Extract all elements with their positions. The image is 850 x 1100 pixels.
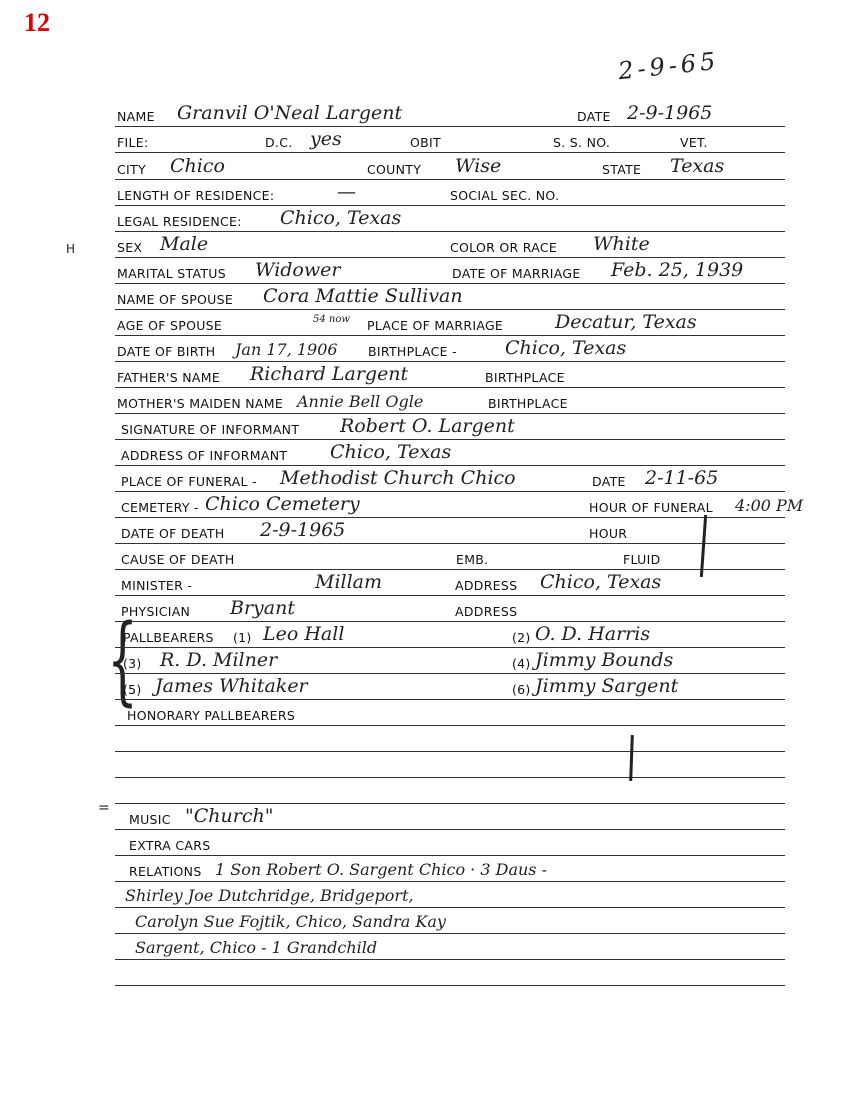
- age-of-spouse-value: 54 now: [313, 314, 350, 325]
- dc-label: D.C.: [265, 135, 293, 150]
- obit-label: OBIT: [410, 135, 441, 150]
- row-relations: RELATIONS 1 Son Robert O. Sargent Chico …: [115, 859, 785, 882]
- row-pallbearers-1-2: PALLBEARERS (1) Leo Hall (2) O. D. Harri…: [115, 625, 785, 648]
- row-fathers-name: FATHER'S NAME Richard Largent BIRTHPLACE: [115, 365, 785, 388]
- top-date-note: 2-9-65: [617, 47, 721, 85]
- pallbearer-2-name: O. D. Harris: [535, 623, 650, 645]
- hour-of-funeral-value: 4:00 PM: [735, 496, 803, 515]
- pallbearer-1-num: (1): [233, 630, 252, 645]
- marital-status-value: Widower: [255, 259, 340, 281]
- row-honorary-pallbearers: HONORARY PALLBEARERS: [115, 703, 785, 726]
- hour-of-funeral-label: HOUR OF FUNERAL: [589, 500, 713, 515]
- row-sex: SEX Male COLOR OR RACE White: [115, 235, 785, 258]
- minister-address-label: ADDRESS: [455, 578, 517, 593]
- cause-of-death-label: CAUSE OF DEATH: [121, 552, 235, 567]
- row-file: FILE: D.C. yes OBIT S. S. NO. VET.: [115, 130, 785, 153]
- birthplace-value: Chico, Texas: [505, 337, 626, 359]
- row-relations-4: Sargent, Chico - 1 Grandchild: [115, 937, 785, 960]
- state-label: STATE: [602, 162, 641, 177]
- honorary-pallbearers-label: HONORARY PALLBEARERS: [127, 708, 295, 723]
- birthplace-label: BIRTHPLACE -: [368, 344, 457, 359]
- row-physician: PHYSICIAN Bryant ADDRESS: [115, 599, 785, 622]
- physician-address-label: ADDRESS: [455, 604, 517, 619]
- relations-label: RELATIONS: [129, 864, 202, 879]
- relations-line-3: Carolyn Sue Fojtik, Chico, Sandra Kay: [135, 912, 446, 931]
- signature-of-informant-label: SIGNATURE OF INFORMANT: [121, 422, 299, 437]
- row-address-of-informant: ADDRESS OF INFORMANT Chico, Texas: [115, 443, 785, 466]
- pallbearer-2-num: (2): [512, 630, 531, 645]
- row-signature-of-informant: SIGNATURE OF INFORMANT Robert O. Largent: [115, 417, 785, 440]
- name-value: Granvil O'Neal Largent: [177, 102, 402, 124]
- cemetery-value: Chico Cemetery: [205, 493, 360, 515]
- page-number: 12: [24, 8, 50, 38]
- color-or-race-value: White: [593, 233, 650, 255]
- physician-value: Bryant: [230, 597, 295, 619]
- length-of-residence-label: LENGTH OF RESIDENCE:: [117, 188, 274, 203]
- pallbearer-6-num: (6): [512, 682, 531, 697]
- relations-line-1: 1 Son Robert O. Sargent Chico · 3 Daus -: [215, 860, 547, 879]
- fluid-label: FLUID: [623, 552, 661, 567]
- date-of-birth-value: Jan 17, 1906: [235, 340, 338, 359]
- name-of-spouse-value: Cora Mattie Sullivan: [263, 285, 463, 307]
- funeral-date-value: 2-11-65: [645, 467, 718, 489]
- blank-line-bottom: [115, 963, 785, 986]
- vet-label: VET.: [680, 135, 708, 150]
- pallbearer-4-num: (4): [512, 656, 531, 671]
- pallbearer-5-name: James Whitaker: [155, 675, 308, 697]
- mother-birthplace-label: BIRTHPLACE: [488, 396, 568, 411]
- pallbearer-4-name: Jimmy Bounds: [535, 649, 673, 671]
- music-label: MUSIC: [129, 812, 171, 827]
- length-of-residence-value: —: [337, 181, 356, 203]
- relations-line-2: Shirley Joe Dutchridge, Bridgeport,: [125, 886, 414, 905]
- legal-residence-value: Chico, Texas: [280, 207, 401, 229]
- relations-line-4: Sargent, Chico - 1 Grandchild: [135, 938, 377, 957]
- name-label: NAME: [117, 109, 155, 124]
- row-pallbearers-3-4: (3) R. D. Milner (4) Jimmy Bounds: [115, 651, 785, 674]
- city-label: CITY: [117, 162, 146, 177]
- address-of-informant-label: ADDRESS OF INFORMANT: [121, 448, 287, 463]
- pallbearer-3-name: R. D. Milner: [160, 649, 277, 671]
- blank-line-1: [115, 729, 785, 752]
- row-relations-2: Shirley Joe Dutchridge, Bridgeport,: [115, 885, 785, 908]
- row-minister: MINISTER - Millam ADDRESS Chico, Texas: [115, 573, 785, 596]
- sex-value: Male: [160, 233, 208, 255]
- margin-equals-mark: =: [98, 800, 110, 816]
- funeral-date-label: DATE: [592, 474, 626, 489]
- pallbearer-5-num: (5): [123, 682, 142, 697]
- color-or-race-label: COLOR OR RACE: [450, 240, 557, 255]
- date-of-birth-label: DATE OF BIRTH: [117, 344, 215, 359]
- blank-line-3: [115, 781, 785, 804]
- county-value: Wise: [455, 155, 501, 177]
- row-marital-status: MARITAL STATUS Widower DATE OF MARRIAGE …: [115, 261, 785, 284]
- hour-label: HOUR: [589, 526, 627, 541]
- social-sec-no-label: SOCIAL SEC. NO.: [450, 188, 559, 203]
- minister-label: MINISTER -: [121, 578, 192, 593]
- ss-no-label: S. S. NO.: [553, 135, 610, 150]
- row-age-of-spouse: AGE OF SPOUSE 54 now PLACE OF MARRIAGE D…: [115, 313, 785, 336]
- cemetery-label: CEMETERY -: [121, 500, 199, 515]
- fathers-name-value: Richard Largent: [250, 363, 408, 385]
- date-of-death-value: 2-9-1965: [260, 519, 345, 541]
- place-of-marriage-value: Decatur, Texas: [555, 311, 697, 333]
- pallbearer-3-num: (3): [123, 656, 142, 671]
- father-birthplace-label: BIRTHPLACE: [485, 370, 565, 385]
- mothers-maiden-name-value: Annie Bell Ogle: [297, 392, 423, 411]
- fathers-name-label: FATHER'S NAME: [117, 370, 220, 385]
- signature-of-informant-value: Robert O. Largent: [340, 415, 515, 437]
- date-value: 2-9-1965: [627, 102, 712, 124]
- pallbearers-label: PALLBEARERS: [123, 630, 214, 645]
- row-length-of-residence: LENGTH OF RESIDENCE: — SOCIAL SEC. NO.: [115, 183, 785, 206]
- legal-residence-label: LEGAL RESIDENCE:: [117, 214, 242, 229]
- date-of-death-label: DATE OF DEATH: [121, 526, 225, 541]
- date-of-marriage-value: Feb. 25, 1939: [611, 259, 743, 281]
- file-label: FILE:: [117, 135, 148, 150]
- minister-value: Millam: [315, 571, 382, 593]
- date-of-marriage-label: DATE OF MARRIAGE: [452, 266, 581, 281]
- margin-h-mark: H: [66, 242, 75, 256]
- extra-cars-label: EXTRA CARS: [129, 838, 210, 853]
- name-of-spouse-label: NAME OF SPOUSE: [117, 292, 233, 307]
- row-legal-residence: LEGAL RESIDENCE: Chico, Texas: [115, 209, 785, 232]
- row-extra-cars: EXTRA CARS: [115, 833, 785, 856]
- row-name-of-spouse: NAME OF SPOUSE Cora Mattie Sullivan: [115, 287, 785, 310]
- mothers-maiden-name-label: MOTHER'S MAIDEN NAME: [117, 396, 283, 411]
- row-cause-of-death: CAUSE OF DEATH EMB. FLUID: [115, 547, 785, 570]
- dc-value: yes: [310, 128, 342, 150]
- row-mothers-maiden-name: MOTHER'S MAIDEN NAME Annie Bell Ogle BIR…: [115, 391, 785, 414]
- age-of-spouse-label: AGE OF SPOUSE: [117, 318, 222, 333]
- row-music: MUSIC "Church": [115, 807, 785, 830]
- sex-label: SEX: [117, 240, 142, 255]
- place-of-funeral-label: PLACE OF FUNERAL -: [121, 474, 257, 489]
- pallbearer-6-name: Jimmy Sargent: [535, 675, 678, 697]
- marital-status-label: MARITAL STATUS: [117, 266, 226, 281]
- row-pallbearers-5-6: (5) James Whitaker (6) Jimmy Sargent: [115, 677, 785, 700]
- city-value: Chico: [170, 155, 225, 177]
- state-value: Texas: [670, 155, 724, 177]
- place-of-marriage-label: PLACE OF MARRIAGE: [367, 318, 503, 333]
- address-of-informant-value: Chico, Texas: [330, 441, 451, 463]
- place-of-funeral-value: Methodist Church Chico: [280, 467, 516, 489]
- row-date-of-birth: DATE OF BIRTH Jan 17, 1906 BIRTHPLACE - …: [115, 339, 785, 362]
- music-value: "Church": [185, 805, 273, 827]
- row-city: CITY Chico COUNTY Wise STATE Texas: [115, 157, 785, 180]
- blank-line-2: [115, 755, 785, 778]
- pallbearer-1-name: Leo Hall: [263, 623, 344, 645]
- row-place-of-funeral: PLACE OF FUNERAL - Methodist Church Chic…: [115, 469, 785, 492]
- row-cemetery: CEMETERY - Chico Cemetery HOUR OF FUNERA…: [115, 495, 785, 518]
- county-label: COUNTY: [367, 162, 421, 177]
- minister-address-value: Chico, Texas: [540, 571, 661, 593]
- emb-label: EMB.: [456, 552, 488, 567]
- row-name: NAME Granvil O'Neal Largent DATE 2-9-196…: [115, 104, 785, 127]
- row-date-of-death: DATE OF DEATH 2-9-1965 HOUR: [115, 521, 785, 544]
- date-label: DATE: [577, 109, 611, 124]
- row-relations-3: Carolyn Sue Fojtik, Chico, Sandra Kay: [115, 911, 785, 934]
